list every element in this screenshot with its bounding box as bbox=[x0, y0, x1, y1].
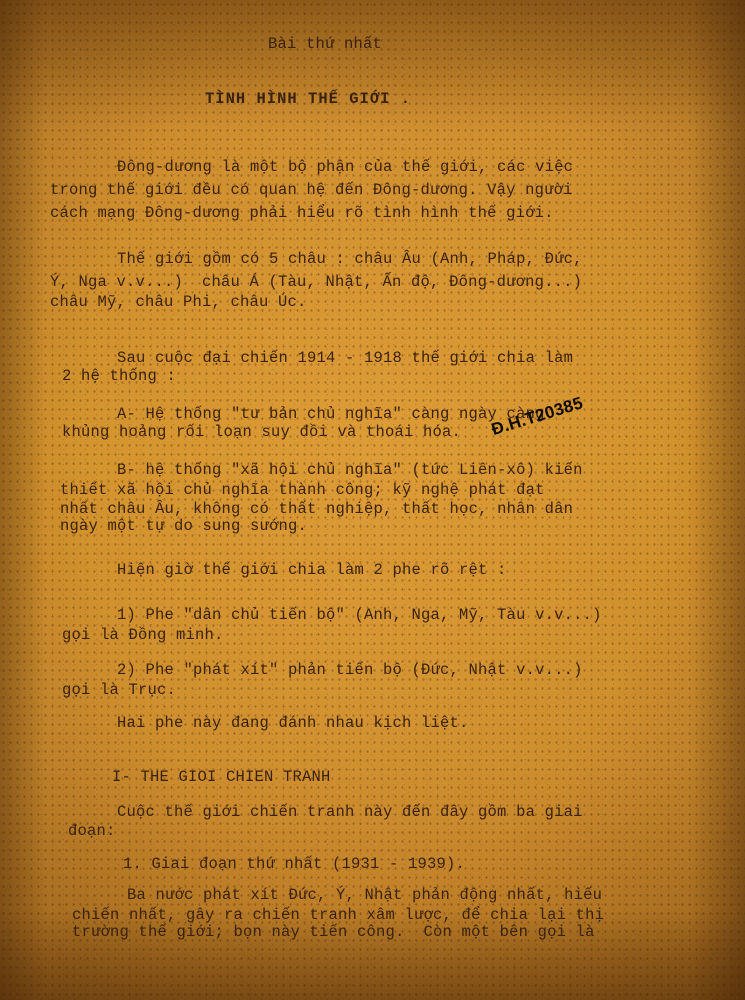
system-a-line2: khủng hoảng rối loạn suy đồi và thoái hó… bbox=[62, 423, 461, 441]
section-heading: I- THE GIOI CHIEN TRANH bbox=[112, 768, 331, 786]
system-a-line1: A- Hệ thống "tư bản chủ nghĩa" càng ngày… bbox=[117, 405, 545, 423]
system-b-line4: ngày một tự do sung sướng. bbox=[60, 517, 307, 535]
camp1-line1: 1) Phe "dân chủ tiến bộ" (Anh, Nga, Mỹ, … bbox=[117, 606, 602, 624]
lesson-label: Bài thứ nhất bbox=[268, 35, 382, 53]
camp1-line2: gọi là Đồng minh. bbox=[62, 626, 224, 644]
document-title: TÌNH HÌNH THẾ GIỚI . bbox=[205, 90, 411, 108]
para2-line3: châu Mỹ, châu Phi, châu Úc. bbox=[50, 293, 307, 311]
para2-line1: Thế giới gồm có 5 châu : châu Âu (Anh, P… bbox=[117, 250, 583, 268]
para1-line3: cách mạng Đông-dương phải hiểu rõ tình h… bbox=[50, 204, 554, 222]
para3-line1: Sau cuộc đại chiến 1914 - 1918 thế giới … bbox=[117, 349, 573, 367]
system-b-line1: B- hệ thống "xã hội chủ nghĩa" (tức Liên… bbox=[117, 461, 583, 479]
para2-line2: Ý, Nga v.v...) châu Á (Tàu, Nhật, Ấn độ,… bbox=[50, 273, 582, 291]
fighting-sentence: Hai phe này đang đánh nhau kịch liệt. bbox=[117, 714, 469, 732]
para1-line2: trong thế giới đều có quan hệ đến Đông-d… bbox=[50, 181, 573, 199]
para1-line1: Đông-dương là một bộ phận của thế giới, … bbox=[117, 158, 573, 176]
system-b-line3: nhất châu Âu, không có thất nghiệp, thất… bbox=[60, 500, 573, 518]
section-para1-line2: đoạn: bbox=[68, 822, 116, 840]
camp2-line2: gọi là Trục. bbox=[62, 681, 176, 699]
phase1-heading: 1. Giai đoạn thứ nhất (1931 - 1939). bbox=[123, 855, 465, 873]
system-b-line2: thiết xã hội chủ nghĩa thành công; kỹ ng… bbox=[60, 481, 545, 499]
camp2-line1: 2) Phe "phát xít" phản tiến bộ (Đức, Nhậ… bbox=[117, 661, 583, 679]
two-camps-intro: Hiện giờ thế giới chia làm 2 phe rõ rệt … bbox=[117, 561, 507, 579]
para3-line2: 2 hệ thống : bbox=[62, 367, 176, 385]
phase1-line2: chiến nhất, gây ra chiến tranh xâm lược,… bbox=[72, 906, 604, 924]
phase1-line1: Ba nước phát xít Đức, Ý, Nhật phản động … bbox=[127, 886, 602, 904]
section-para1-line1: Cuộc thế giới chiến tranh này đến đây gồ… bbox=[117, 803, 583, 821]
phase1-line3: trường thế giới; bọn này tiến công. Còn … bbox=[72, 923, 595, 941]
